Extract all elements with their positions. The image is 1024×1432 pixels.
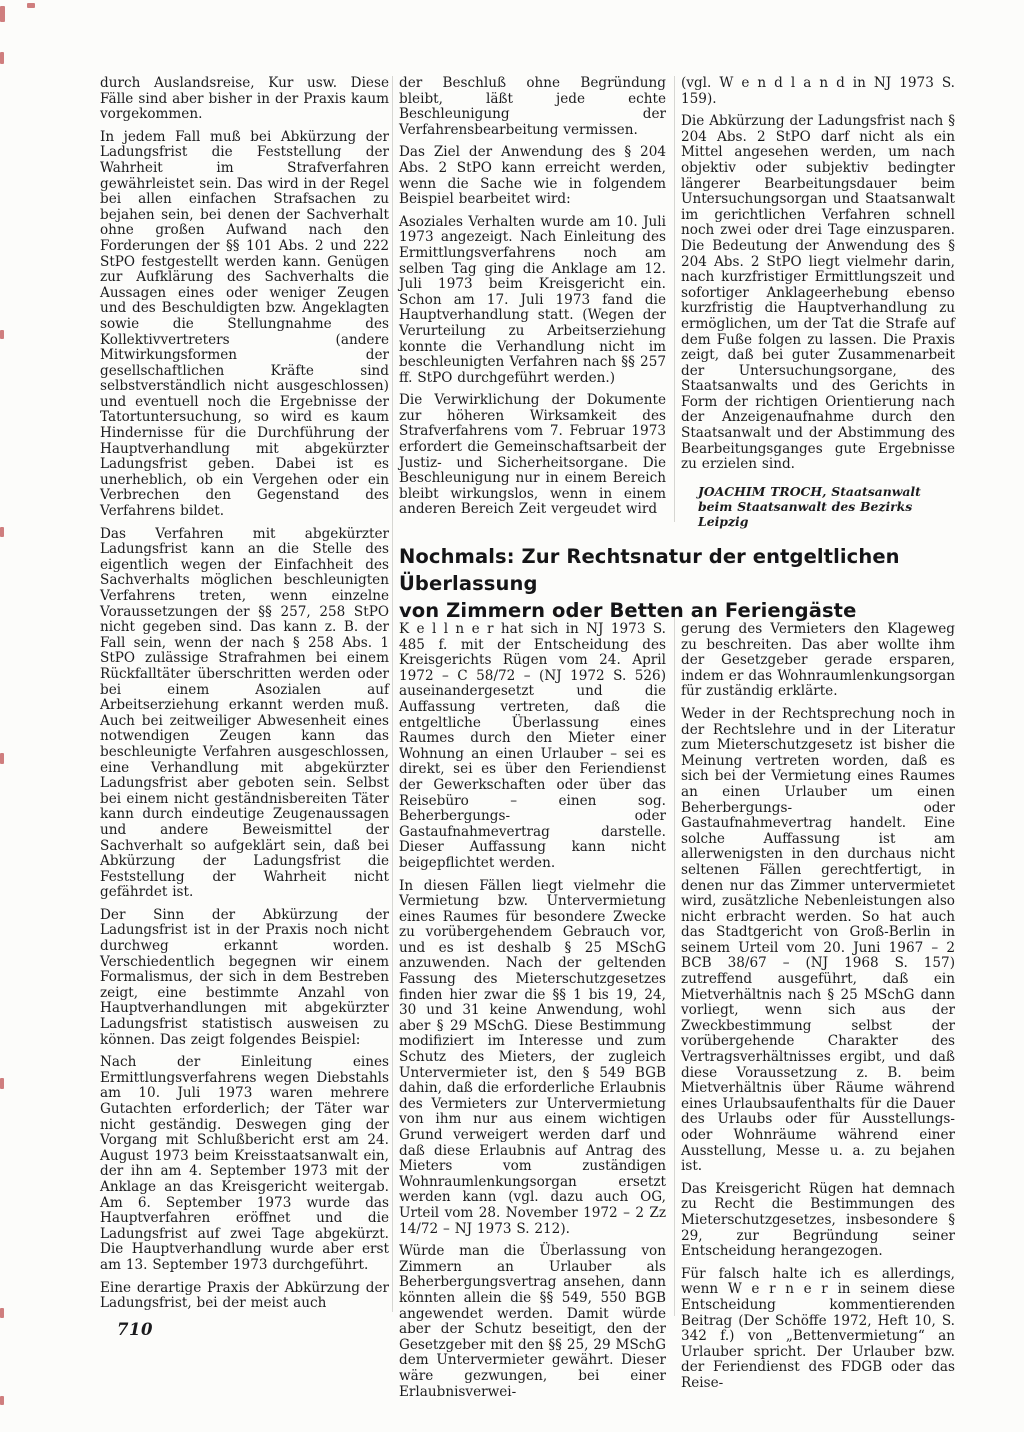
paragraph: In jedem Fall muß bei Abkürzung der Ladu… — [100, 130, 389, 520]
page-number: 710 — [117, 1320, 153, 1339]
paragraph: Das Kreisgericht Rügen hat demnach zu Re… — [681, 1182, 955, 1260]
article2-column-right: gerung des Vermieters den Klageweg zu be… — [681, 622, 955, 1399]
article1-column-3: (vgl. W e n d l a n d in NJ 1973 S. 159)… — [681, 76, 955, 529]
scan-edge-mark — [0, 1308, 4, 1318]
author-signature: JOACHIM TROCH, Staatsanwalt beim Staatsa… — [681, 484, 955, 529]
article1-column-1: durch Auslandsreise, Kur usw. Diese Fäll… — [100, 76, 389, 1319]
paragraph: Der Sinn der Abkürzung der Ladungsfrist … — [100, 908, 389, 1048]
paragraph: Das Verfahren mit abgekürzter Ladungsfri… — [100, 527, 389, 901]
paragraph: Würde man die Überlassung von Zimmern an… — [399, 1244, 666, 1400]
article1-column-2: der Beschluß ohne Begründung bleibt, läß… — [399, 76, 666, 525]
scanned-journal-page: { "page": { "number": "710" }, "article1… — [0, 0, 1024, 1432]
scan-edge-mark — [0, 52, 4, 64]
article2-title: Nochmals: Zur Rechtsnatur der entgeltlic… — [399, 543, 965, 624]
scan-edge-mark — [0, 6, 5, 22]
article2-title-line1: Nochmals: Zur Rechtsnatur der entgeltlic… — [399, 543, 965, 597]
paragraph: Die Abkürzung der Ladungsfrist nach § 20… — [681, 114, 955, 473]
journal-page: durch Auslandsreise, Kur usw. Diese Fäll… — [0, 0, 1024, 1432]
column-divider — [674, 616, 675, 1316]
paragraph: Weder in der Rechtsprechung noch in der … — [681, 707, 955, 1175]
scan-edge-mark — [0, 1396, 4, 1405]
paragraph: gerung des Vermieters den Klageweg zu be… — [681, 622, 955, 700]
scan-edge-mark — [0, 753, 4, 764]
paragraph: Für falsch halte ich es allerdings, wenn… — [681, 1267, 955, 1392]
scan-edge-mark — [27, 3, 35, 8]
column-divider — [392, 76, 393, 1312]
paragraph: Eine derartige Praxis der Abkürzung der … — [100, 1281, 389, 1312]
author-signature-line2: beim Staatsanwalt des Bezirks Leipzig — [698, 499, 955, 529]
paragraph: der Beschluß ohne Begründung bleibt, läß… — [399, 76, 666, 138]
article1-column-3-text: (vgl. W e n d l a n d in NJ 1973 S. 159)… — [681, 76, 955, 473]
column-divider — [674, 76, 675, 522]
paragraph: Nach der Einleitung eines Ermittlungsver… — [100, 1055, 389, 1273]
paragraph: Asoziales Verhalten wurde am 10. Juli 19… — [399, 215, 666, 387]
scan-edge-mark — [0, 527, 4, 537]
paragraph: (vgl. W e n d l a n d in NJ 1973 S. 159)… — [681, 76, 955, 107]
paragraph: In diesen Fällen liegt vielmehr die Verm… — [399, 879, 666, 1238]
paragraph: K e l l n e r hat sich in NJ 1973 S. 485… — [399, 622, 666, 872]
paragraph: durch Auslandsreise, Kur usw. Diese Fäll… — [100, 76, 389, 123]
article2-column-left: K e l l n e r hat sich in NJ 1973 S. 485… — [399, 622, 666, 1407]
article2-title-line2: von Zimmern oder Betten an Feriengäste — [399, 597, 965, 624]
scan-edge-mark — [0, 1078, 4, 1089]
author-signature-line1: JOACHIM TROCH, Staatsanwalt — [698, 484, 955, 499]
scan-edge-mark — [0, 330, 4, 339]
paragraph: Die Verwirklichung der Dokumente zur höh… — [399, 393, 666, 518]
paragraph: Das Ziel der Anwendung des § 204 Abs. 2 … — [399, 145, 666, 207]
